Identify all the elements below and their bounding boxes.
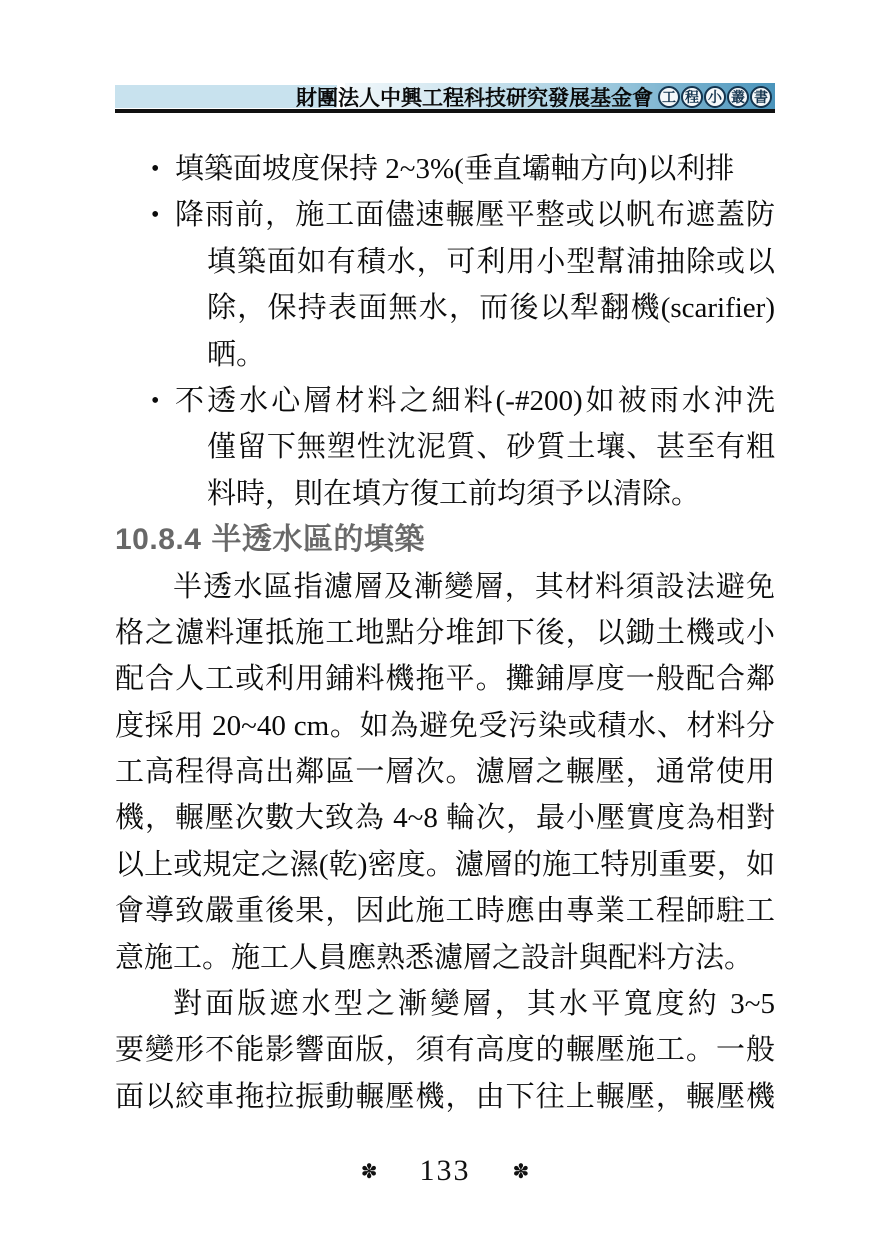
bullet-cont-line: 晒。: [115, 332, 775, 378]
paragraph-line: 面以絞車拖拉振動輾壓機，由下往上輾壓，輾壓機下坡時不: [115, 1074, 775, 1120]
bullet-dot-icon: •: [151, 192, 159, 238]
paragraph-line: 配合人工或利用鋪料機拖平。攤鋪厚度一般配合鄰近填方進: [115, 656, 775, 702]
bullet-item-line: • 填築面坡度保持 2~3%(垂直壩軸方向)以利排水。: [115, 146, 775, 192]
page-number: 133: [420, 1154, 471, 1188]
section-heading: 10.8.4半透水區的填築: [115, 517, 775, 563]
page-footer: ✽ 133 ✽: [115, 1150, 775, 1192]
paragraph-line: 格之濾料運抵施工地點分堆卸下後，以鋤土機或小型推土機: [115, 610, 775, 656]
series-badges: 工 程 小 叢 書: [658, 86, 772, 108]
paragraph-line: 意施工。施工人員應熟悉濾層之設計與配料方法。: [115, 935, 775, 981]
paragraph-line: 以上或規定之濕(乾)密度。濾層的施工特別重要，如有小過失: [115, 842, 775, 888]
paragraph-line: 工高程得高出鄰區一層次。濾層之輾壓，通常使用振動輾壓: [115, 749, 775, 795]
series-badge-4: 叢: [727, 86, 749, 108]
paragraph-line: 要變形不能影響面版，須有高度的輾壓施工。一般在上游坡: [115, 1027, 775, 1073]
footer-ornament-right: ✽: [513, 1159, 530, 1184]
paragraph-line: 機，輾壓次數大致為 4~8 輪次，最小壓實度為相對密度 70%: [115, 795, 775, 841]
page-body: • 填築面坡度保持 2~3%(垂直壩軸方向)以利排水。 • 降雨前，施工面儘速輾…: [115, 146, 775, 1120]
bullet-cont-line: 僅留下無塑性沈泥質、砂質土壤、甚至有粗顆粒等材: [115, 424, 775, 470]
bullet-text: 降雨前，施工面儘速輾壓平整或以帆布遮蓋防止滲水。: [175, 199, 775, 238]
paragraph-line: 度採用 20~40 cm。如為避免受污染或積水、材料分離等，施: [115, 703, 775, 749]
bullet-text: 不透水心層材料之細料(-#200)如被雨水沖洗後，表面: [175, 385, 775, 424]
bullet-cont-line: 填築面如有積水，可利用小型幫浦抽除或以人工袪: [115, 239, 775, 285]
series-badge-3: 小: [704, 86, 726, 108]
series-badge-5: 書: [750, 86, 772, 108]
paragraph-line: 會導致嚴重後果，因此施工時應由專業工程師駐工地隨時注: [115, 888, 775, 934]
paragraph-line: 對面版遮水型之漸變層，其水平寬度約 3~5 m，因其主: [115, 981, 775, 1027]
bullet-dot-icon: •: [151, 146, 159, 192]
publisher-title: 財團法人中興工程科技研究發展基金會: [296, 82, 653, 112]
document-page: 財團法人中興工程科技研究發展基金會 工 程 小 叢 書 • 填築面坡度保持 2~…: [0, 0, 880, 1240]
header-rule: [115, 109, 775, 113]
footer-ornament-left: ✽: [361, 1159, 378, 1184]
series-badge-2: 程: [681, 86, 703, 108]
section-number: 10.8.4: [115, 523, 201, 556]
section-title: 半透水區的填築: [211, 523, 425, 556]
bullet-dot-icon: •: [151, 378, 159, 424]
bullet-text: 填築面坡度保持 2~3%(垂直壩軸方向)以利排水。: [175, 153, 734, 192]
paragraph-line: 半透水區指濾層及漸變層，其材料須設法避免分離。合: [115, 564, 775, 610]
bullet-cont-line: 除，保持表面無水，而後以犁翻機(scarifier)翻鬆曝: [115, 285, 775, 331]
bullet-cont-line: 料時，則在填方復工前均須予以清除。: [115, 471, 775, 517]
bullet-item-line: • 降雨前，施工面儘速輾壓平整或以帆布遮蓋防止滲水。: [115, 192, 775, 238]
bullet-item-line: • 不透水心層材料之細料(-#200)如被雨水沖洗後，表面: [115, 378, 775, 424]
series-badge-1: 工: [658, 86, 680, 108]
header-banner: 財團法人中興工程科技研究發展基金會 工 程 小 叢 書: [345, 83, 775, 110]
